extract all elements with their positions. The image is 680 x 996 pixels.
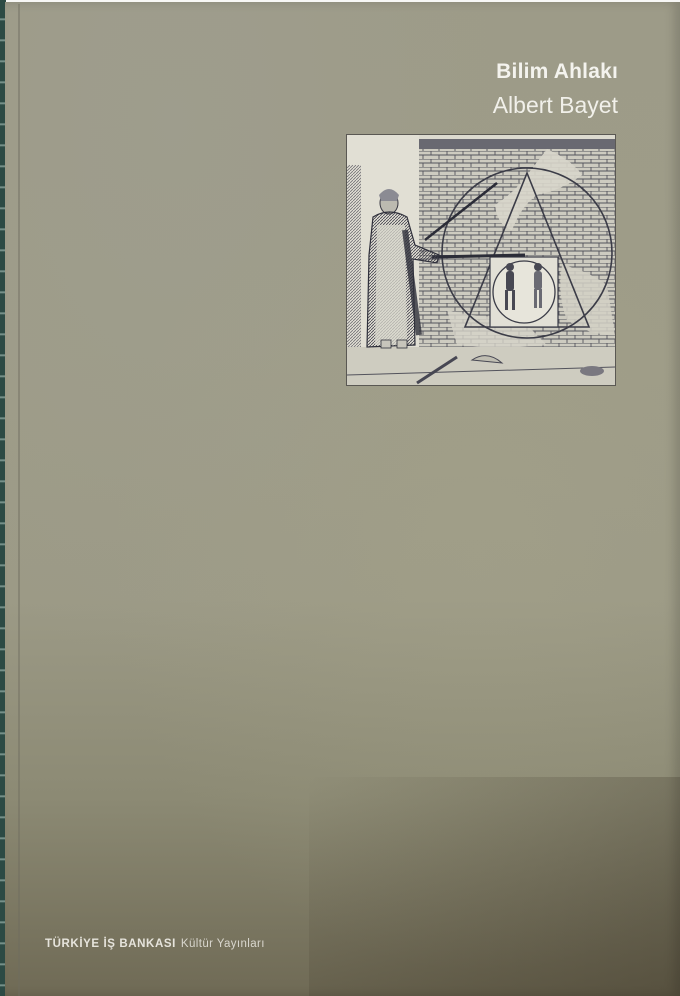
- spine-crease: [18, 4, 20, 996]
- photo-scene: Bilim Ahlakı Albert Bayet: [0, 0, 680, 996]
- publisher-series: Kültür Yayınları: [181, 938, 265, 950]
- book-title: Bilim Ahlakı: [496, 60, 618, 84]
- book-author: Albert Bayet: [493, 92, 618, 119]
- publisher-imprint: TÜRKİYE İŞ BANKASIKültür Yayınları: [45, 934, 265, 952]
- publisher-name: TÜRKİYE İŞ BANKASI: [45, 938, 176, 950]
- engraving-illustration-icon: [347, 135, 615, 385]
- cover-engraving-image: [346, 134, 616, 386]
